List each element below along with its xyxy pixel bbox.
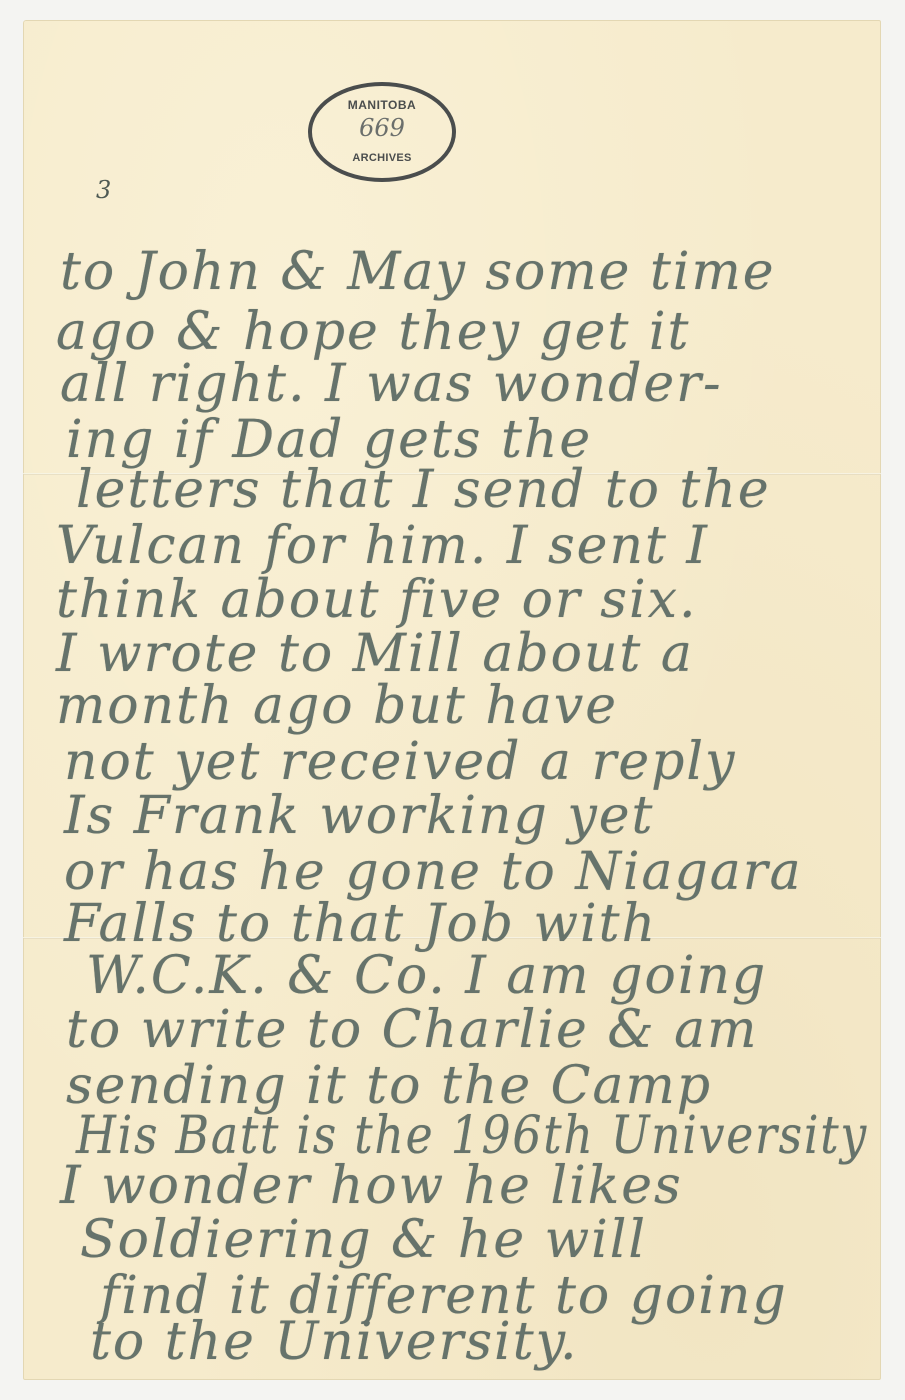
handwritten-line: month ago but have (56, 680, 618, 732)
handwritten-line: I wonder how he likes (60, 1160, 683, 1212)
handwritten-line: His Batt is the 196th University (76, 1110, 868, 1162)
handwritten-line: think about five or six. (56, 574, 697, 626)
handwritten-line: I wrote to Mill about a (56, 628, 694, 680)
handwritten-line: W.C.K. & Co. I am going (86, 950, 767, 1002)
handwritten-line: Falls to that Job with (64, 898, 657, 950)
handwritten-line: sending it to the Camp (66, 1060, 712, 1112)
handwritten-line: to the University. (90, 1316, 579, 1368)
handwritten-line: ing if Dad gets the (66, 414, 592, 466)
handwritten-body: to John & May some time ago & hope they … (0, 0, 905, 1400)
handwritten-line: or has he gone to Niagara (64, 846, 803, 898)
handwritten-line: not yet received a reply (64, 736, 736, 788)
handwritten-line: letters that I send to the (76, 464, 771, 516)
handwritten-line: Is Frank working yet (64, 790, 654, 842)
handwritten-line: ago & hope they get it (56, 306, 690, 358)
scanned-document: MANITOBA 669 ARCHIVES 3 to John & May so… (0, 0, 905, 1400)
handwritten-line: to write to Charlie & am (66, 1004, 759, 1056)
handwritten-line: all right. I was wonder- (60, 358, 723, 410)
handwritten-line: to John & May some time (60, 246, 776, 298)
handwritten-line: Vulcan for him. I sent I (56, 520, 709, 572)
handwritten-line: Soldiering & he will (80, 1214, 647, 1266)
